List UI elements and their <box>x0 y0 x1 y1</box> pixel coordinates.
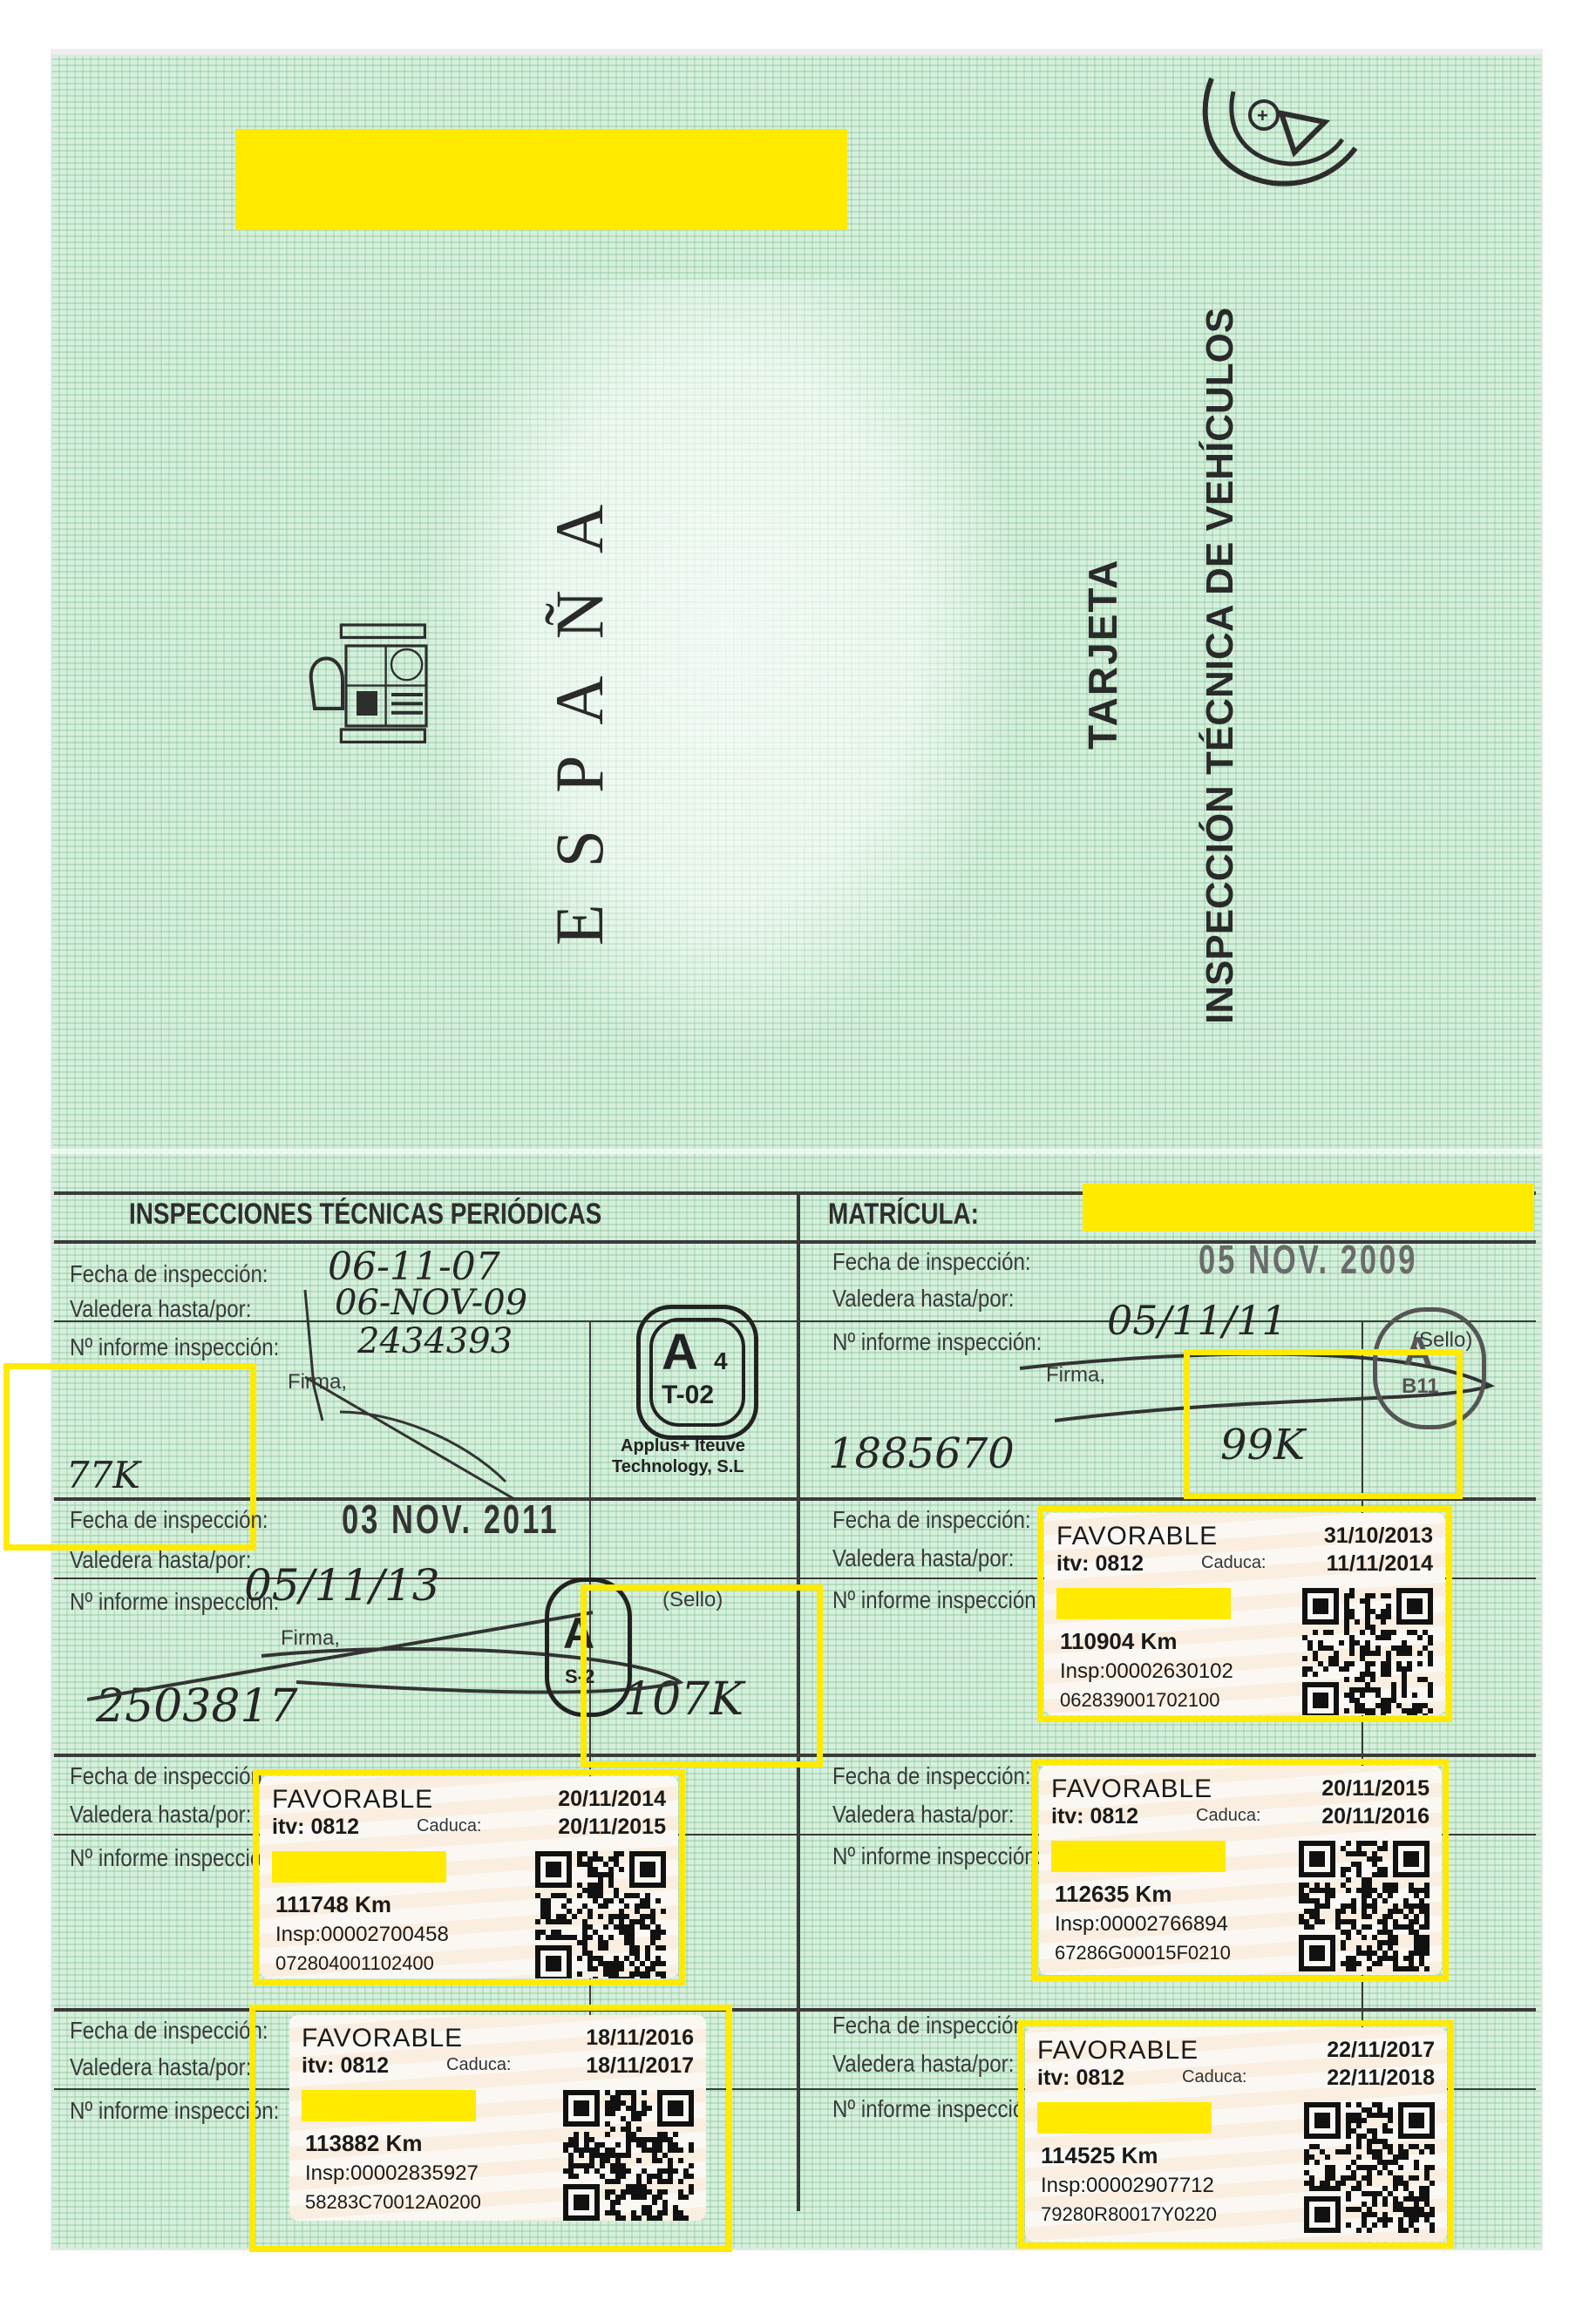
label-fecha-7: Fecha de inspección: <box>70 2017 268 2045</box>
label-informe-1: Nº informe inspección: <box>70 1333 279 1361</box>
sticker-expiry: 20/11/2016 <box>1321 1804 1430 1829</box>
sticker-km: 112635 Km <box>1055 1881 1172 1908</box>
qr-code-icon <box>563 2090 694 2221</box>
sticker-insp: Insp:00002766894 <box>1055 1912 1228 1937</box>
label-valedera-5: Valedera hasta/por: <box>70 1801 251 1829</box>
sticker-code: 062839001702100 <box>1060 1689 1220 1712</box>
label-informe-8: Nº informe inspección: <box>832 2095 1042 2123</box>
sticker-date: 20/11/2014 <box>558 1787 666 1812</box>
inspections-header: INSPECCIONES TÉCNICAS PERIÓDICAS <box>129 1198 601 1232</box>
sticker-insp: Insp:00002630102 <box>1060 1659 1233 1684</box>
sticker-code: 58283C70012A0200 <box>305 2191 481 2214</box>
sticker-caduca-label: Caduca: <box>1182 2067 1247 2087</box>
label-valedera-1: Valedera hasta/por: <box>70 1295 251 1323</box>
sticker-caduca-label: Caduca: <box>1201 1553 1267 1573</box>
svg-text:+: + <box>1257 105 1268 126</box>
sticker-expiry: 11/11/2014 <box>1327 1551 1433 1577</box>
itv-sticker-2: FAVORABLE 20/11/2014 itv: 0812 Caduca: 2… <box>260 1776 678 1978</box>
itv-authority-seal-icon: + <box>1194 70 1360 192</box>
qr-code-icon <box>535 1851 666 1978</box>
label-valedera-3: Valedera hasta/por: <box>70 1546 251 1574</box>
company-line-1: Applus+ Iteuve <box>621 1436 745 1456</box>
label-fecha-2: Fecha de inspección: <box>832 1248 1031 1276</box>
sticker-result: FAVORABLE <box>1051 1774 1212 1804</box>
sticker-insp: Insp:00002907712 <box>1041 2174 1214 2198</box>
sticker-caduca-label: Caduca: <box>1196 1806 1261 1826</box>
label-valedera-6: Valedera hasta/por: <box>832 1801 1014 1829</box>
sticker-caduca-label: Caduca: <box>446 2055 512 2075</box>
highlight-box <box>581 1584 823 1768</box>
redacted-plate-number <box>1083 1184 1534 1232</box>
country-title: ESPAÑA <box>540 468 619 946</box>
label-valedera-2: Valedera hasta/por: <box>832 1285 1014 1313</box>
label-informe-4: Nº informe inspección: <box>832 1586 1042 1614</box>
company-line-2: Technology, S.L <box>612 1457 744 1477</box>
fecha-stamp-3: 03 NOV. 2011 <box>342 1496 560 1543</box>
sticker-itv: itv: 0812 <box>1056 1551 1144 1577</box>
sticker-code: 67286G00015F0210 <box>1055 1942 1231 1964</box>
inspection-seal-1: A 4 T-02 <box>636 1305 758 1440</box>
sticker-expiry: 22/11/2018 <box>1327 2066 1435 2091</box>
sticker-caduca-label: Caduca: <box>417 1816 482 1836</box>
qr-code-icon <box>1302 1588 1433 1715</box>
sticker-date: 20/11/2015 <box>1321 1776 1430 1801</box>
card-title-inspeccion: INSPECCIÓN TÉCNICA DE VEHÍCULOS <box>1199 308 1242 1024</box>
card-title-tarjeta: TARJETA <box>1079 559 1126 750</box>
label-valedera-4: Valedera hasta/por: <box>832 1544 1014 1572</box>
sticker-date: 22/11/2017 <box>1327 2038 1435 2063</box>
sticker-code: 072804001102400 <box>275 1952 434 1975</box>
label-fecha-6: Fecha de inspección: <box>832 1762 1031 1790</box>
fold-line <box>51 1149 1543 1154</box>
label-fecha-3: Fecha de inspección: <box>70 1506 268 1534</box>
qr-code-icon <box>1304 2102 1435 2233</box>
sticker-insp: Insp:00002700458 <box>275 1923 449 1947</box>
redacted-plate <box>1037 2102 1212 2134</box>
itv-sticker-4: FAVORABLE 18/11/2016 itv: 0812 Caduca: 1… <box>289 2015 706 2221</box>
sticker-date: 31/10/2013 <box>1324 1523 1433 1549</box>
sticker-itv: itv: 0812 <box>272 1815 359 1840</box>
qr-code-icon <box>1299 1841 1430 1971</box>
redacted-owner-field <box>235 129 847 230</box>
watermark-emblem <box>418 279 1029 1063</box>
label-informe-7: Nº informe inspección: <box>70 2097 279 2125</box>
itv-sticker-3: FAVORABLE 20/11/2015 itv: 0812 Caduca: 2… <box>1039 1766 1442 1975</box>
sticker-km: 111748 Km <box>275 1891 391 1918</box>
informe-value-2: 1885670 <box>828 1429 1015 1478</box>
itv-sticker-1: FAVORABLE 31/10/2013 itv: 0812 Caduca: 1… <box>1044 1513 1445 1715</box>
highlight-box <box>1184 1349 1463 1499</box>
sticker-result: FAVORABLE <box>1056 1522 1218 1551</box>
sticker-code: 79280R80017Y0220 <box>1041 2203 1217 2226</box>
sticker-km: 113882 Km <box>305 2130 422 2157</box>
sticker-date: 18/11/2016 <box>586 2025 694 2051</box>
redacted-plate <box>1056 1588 1231 1619</box>
valedera-value-2: 05/11/11 <box>1107 1297 1287 1344</box>
label-valedera-8: Valedera hasta/por: <box>832 2050 1014 2078</box>
sticker-itv: itv: 0812 <box>302 2053 389 2079</box>
sticker-itv: itv: 0812 <box>1037 2066 1124 2091</box>
fecha-stamp-2: 05 NOV. 2009 <box>1199 1236 1417 1283</box>
label-fecha-8: Fecha de inspección: <box>832 2012 1031 2039</box>
sticker-km: 110904 Km <box>1060 1628 1177 1655</box>
sticker-result: FAVORABLE <box>1037 2036 1199 2066</box>
sticker-expiry: 18/11/2017 <box>586 2053 694 2079</box>
redacted-plate <box>272 1851 446 1883</box>
sticker-itv: itv: 0812 <box>1051 1804 1138 1829</box>
grid-line <box>54 1320 1536 1322</box>
label-fecha-5: Fecha de inspección: <box>70 1762 268 1790</box>
signature-stroke-1 <box>288 1290 549 1499</box>
redacted-plate <box>1051 1841 1226 1872</box>
label-valedera-7: Valedera hasta/por: <box>70 2053 251 2081</box>
sticker-expiry: 20/11/2015 <box>558 1815 666 1840</box>
redacted-plate <box>302 2090 476 2121</box>
plate-label: MATRÍCULA: <box>828 1198 979 1232</box>
label-informe-6: Nº informe inspección: <box>832 1842 1042 1870</box>
sticker-result: FAVORABLE <box>302 2024 463 2053</box>
sticker-insp: Insp:00002835927 <box>305 2161 479 2186</box>
sticker-result: FAVORABLE <box>272 1785 433 1815</box>
label-informe-5: Nº informe inspección: <box>70 1844 279 1872</box>
label-fecha-4: Fecha de inspección: <box>832 1506 1031 1534</box>
label-fecha-1: Fecha de inspección: <box>70 1260 268 1288</box>
spain-coat-of-arms-icon <box>283 614 458 754</box>
itv-sticker-5: FAVORABLE 22/11/2017 itv: 0812 Caduca: 2… <box>1025 2027 1447 2242</box>
sticker-km: 114525 Km <box>1041 2142 1158 2169</box>
